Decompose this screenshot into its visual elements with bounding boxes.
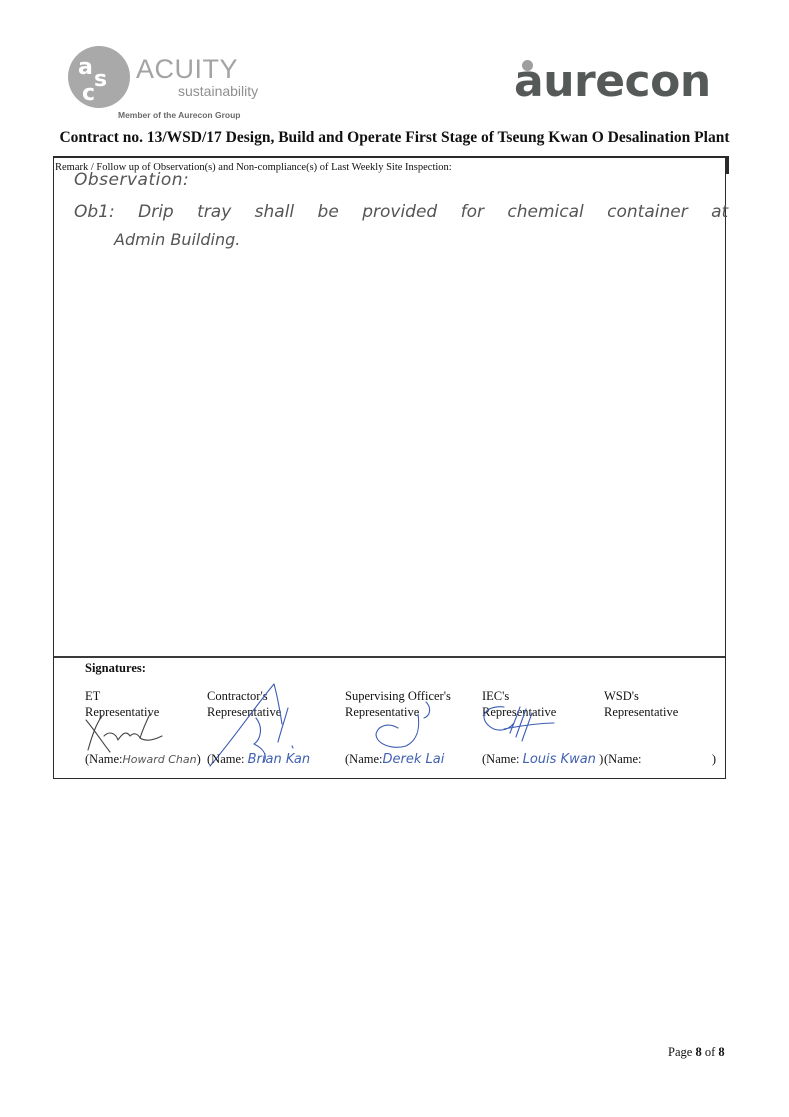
role-subtitle: Representative	[207, 704, 281, 720]
signature-column-et: ET Representative	[85, 688, 159, 720]
svg-text:a: a	[78, 55, 93, 80]
section-divider	[54, 656, 725, 658]
signatory-name: Brian Kan	[248, 752, 310, 767]
signatures-label: Signatures:	[85, 661, 146, 676]
role-title: Supervising Officer's	[345, 688, 451, 704]
signature-name-wsd: (Name: )	[604, 752, 716, 767]
border-corner-mark	[726, 156, 729, 174]
signature-name-iec: (Name: Louis Kwan )	[482, 752, 603, 767]
aurecon-logo-name: aurecon	[514, 60, 711, 104]
signatory-name: Howard Chan	[122, 753, 196, 766]
svg-text:s: s	[94, 67, 107, 92]
role-title: WSD's	[604, 688, 678, 704]
signatory-name: Derek Lai	[382, 752, 444, 767]
signature-column-wsd: WSD's Representative	[604, 688, 678, 720]
acuity-sustainability-logo: a s c ACUITY sustainability Member of th…	[66, 44, 266, 124]
signature-name-supervising-officer: (Name:Derek Lai	[345, 752, 444, 767]
role-subtitle: Representative	[85, 704, 159, 720]
observation-heading-handwritten: Observation:	[74, 170, 189, 190]
signatory-name: Louis Kwan	[523, 752, 596, 767]
role-subtitle: Representative	[604, 704, 678, 720]
role-title: Contractor's	[207, 688, 281, 704]
inspection-remarks-form: Remark / Follow up of Observation(s) and…	[53, 156, 726, 779]
page-number: Page 8 of 8	[668, 1045, 725, 1060]
acuity-member-text: Member of the Aurecon Group	[118, 110, 240, 120]
role-title: ET	[85, 688, 159, 704]
svg-text:c: c	[82, 81, 95, 106]
signature-name-et: (Name:Howard Chan)	[85, 752, 201, 767]
observation-item-ob1: Ob1: Drip tray shall be provided for che…	[74, 202, 728, 222]
signature-column-contractor: Contractor's Representative	[207, 688, 281, 720]
role-title: IEC's	[482, 688, 556, 704]
signature-name-contractor: (Name: Brian Kan	[207, 752, 310, 767]
acuity-logo-name: ACUITY	[136, 56, 238, 83]
aurecon-dot-icon	[522, 60, 533, 71]
asc-monogram-icon: a s c	[68, 46, 130, 108]
role-subtitle: Representative	[482, 704, 556, 720]
acuity-logo-subtitle: sustainability	[178, 84, 258, 98]
observation-item-ob1-continued: Admin Building.	[114, 230, 240, 249]
role-subtitle: Representative	[345, 704, 451, 720]
signature-column-supervising-officer: Supervising Officer's Representative	[345, 688, 451, 720]
signature-column-iec: IEC's Representative	[482, 688, 556, 720]
contract-title: Contract no. 13/WSD/17 Design, Build and…	[0, 129, 789, 147]
